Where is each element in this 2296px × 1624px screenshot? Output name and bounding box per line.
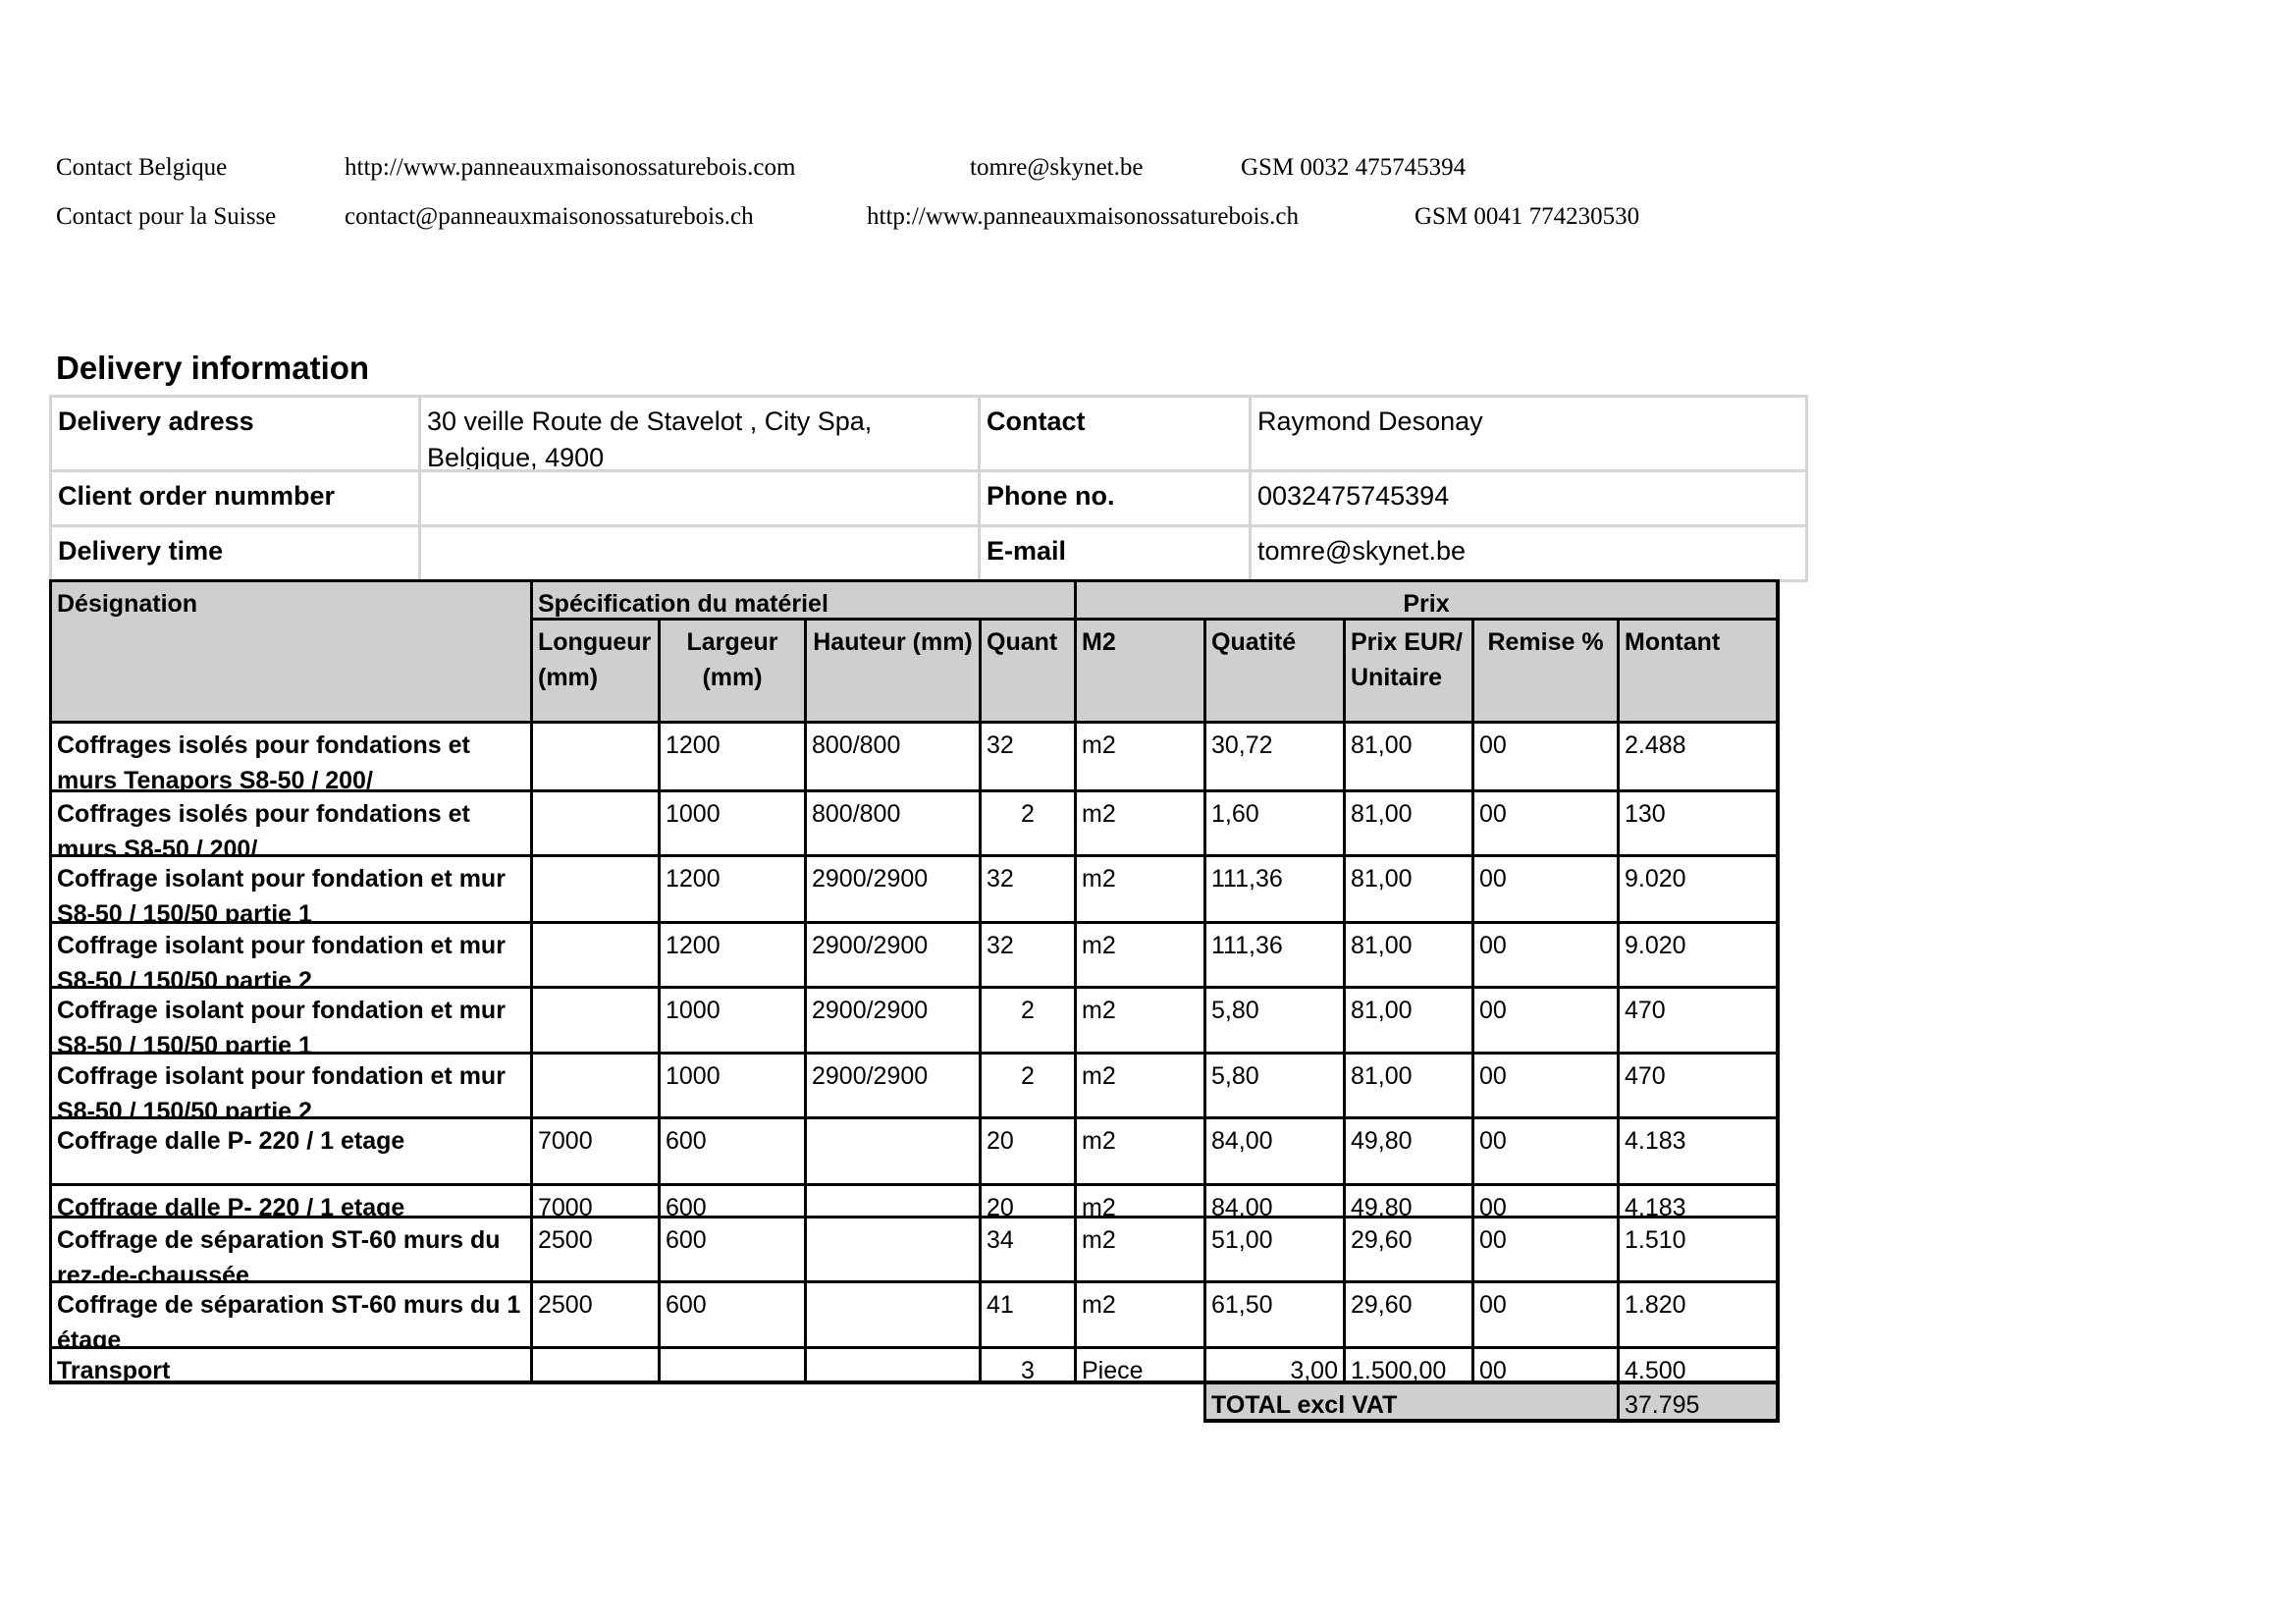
table-cell-montant: 9.020 (1617, 854, 1776, 921)
table-cell-largeur (658, 1346, 804, 1380)
delivery-value-2: Raymond Desonay (1249, 395, 1808, 472)
table-cell-longueur (530, 921, 658, 986)
header-m2: M2 (1074, 618, 1203, 721)
table-cell-hauteur (804, 1280, 979, 1346)
contact-suisse-label: Contact pour la Suisse (56, 203, 276, 231)
table-cell-quant: 3 (979, 1346, 1074, 1380)
table-cell-quantite: 111,36 (1203, 854, 1343, 921)
table-cell-prix: 81,00 (1343, 921, 1471, 986)
header-montant: Montant (1617, 618, 1776, 721)
delivery-value: 30 veille Route de Stavelot , City Spa, … (418, 395, 981, 472)
table-cell-montant: 9.020 (1617, 921, 1776, 986)
delivery-value (418, 469, 981, 527)
table-cell-montant: 4.183 (1617, 1116, 1776, 1183)
total-value: 37.795 (1617, 1380, 1776, 1419)
header-prix: Prix (1074, 579, 1776, 618)
table-cell-hauteur: 2900/2900 (804, 986, 979, 1052)
table-cell-quant: 34 (979, 1216, 1074, 1280)
table-cell-montant: 470 (1617, 986, 1776, 1052)
table-cell-remise: 00 (1471, 789, 1617, 854)
contact-suisse-website-link[interactable]: http://www.panneauxmaisonossaturebois.ch (867, 203, 1299, 231)
delivery-information-title: Delivery information (56, 350, 369, 387)
table-cell-largeur: 1000 (658, 986, 804, 1052)
table-bottom-border (49, 1380, 1776, 1384)
contact-belgique-email-link[interactable]: tomre@skynet.be (970, 154, 1143, 182)
delivery-label-2: Phone no. (978, 469, 1252, 527)
table-cell-largeur: 1000 (658, 1052, 804, 1116)
table-cell-remise: 00 (1471, 1116, 1617, 1183)
table-cell-prix: 1.500,00 (1343, 1346, 1471, 1380)
table-cell-largeur: 600 (658, 1116, 804, 1183)
header-quant: Quant (979, 618, 1074, 721)
table-cell-longueur: 7000 (530, 1116, 658, 1183)
table-cell-quantite: 3,00 (1203, 1346, 1343, 1380)
total-label: TOTAL excl VAT (1203, 1380, 1617, 1419)
table-cell-largeur: 1000 (658, 789, 804, 854)
header-hauteur: Hauteur (mm) (804, 618, 979, 721)
table-cell-unit: m2 (1074, 854, 1203, 921)
table-cell-largeur: 600 (658, 1216, 804, 1280)
table-cell-quantite: 84,00 (1203, 1116, 1343, 1183)
table-cell-prix: 81,00 (1343, 721, 1471, 789)
table-cell-hauteur: 800/800 (804, 789, 979, 854)
table-cell-quantite: 30,72 (1203, 721, 1343, 789)
table-cell-hauteur (804, 1216, 979, 1280)
table-cell-quantite: 51,00 (1203, 1216, 1343, 1280)
header-designation: Désignation (49, 579, 530, 721)
table-cell-largeur: 600 (658, 1280, 804, 1346)
table-right-border (1776, 579, 1780, 1422)
total-bottom-border (1203, 1419, 1780, 1423)
table-cell-quant: 32 (979, 854, 1074, 921)
table-cell-prix: 81,00 (1343, 986, 1471, 1052)
table-cell-prix: 81,00 (1343, 1052, 1471, 1116)
table-cell-quantite: 5,80 (1203, 986, 1343, 1052)
contact-belgique-phone: GSM 0032 475745394 (1241, 154, 1466, 182)
header-remise: Remise % (1471, 618, 1617, 721)
contact-suisse-email-link[interactable]: contact@panneauxmaisonossaturebois.ch (345, 203, 754, 231)
table-cell-unit: m2 (1074, 1183, 1203, 1216)
table-cell-prix: 81,00 (1343, 854, 1471, 921)
table-cell-prix: 81,00 (1343, 789, 1471, 854)
table-cell-remise: 00 (1471, 1183, 1617, 1216)
table-cell-remise: 00 (1471, 1052, 1617, 1116)
table-cell-remise: 00 (1471, 1280, 1617, 1346)
table-cell-remise: 00 (1471, 1346, 1617, 1380)
delivery-label: Delivery adress (49, 395, 421, 472)
table-row-designation: Coffrage isolant pour fondation et mur S… (49, 1052, 530, 1116)
table-cell-unit: m2 (1074, 921, 1203, 986)
table-cell-unit: m2 (1074, 721, 1203, 789)
table-cell-quant: 32 (979, 721, 1074, 789)
table-cell-unit: m2 (1074, 789, 1203, 854)
table-cell-montant: 1.820 (1617, 1280, 1776, 1346)
contact-belgique-website-link[interactable]: http://www.panneauxmaisonossaturebois.co… (345, 154, 795, 182)
contact-belgique-label: Contact Belgique (56, 154, 227, 182)
table-cell-largeur: 600 (658, 1183, 804, 1216)
header-specification: Spécification du matériel (530, 579, 1074, 618)
table-cell-unit: m2 (1074, 986, 1203, 1052)
delivery-info-table: Delivery adress30 veille Route de Stavel… (49, 395, 1805, 579)
table-cell-hauteur (804, 1183, 979, 1216)
table-row-designation: Coffrages isolés pour fondations et murs… (49, 789, 530, 854)
header-prix-unitaire: Prix EUR/ Unitaire (1343, 618, 1471, 721)
table-row-designation: Coffrage dalle P- 220 / 1 etage (49, 1116, 530, 1183)
table-cell-montant: 470 (1617, 1052, 1776, 1116)
table-cell-montant: 2.488 (1617, 721, 1776, 789)
header-quantite: Quatité (1203, 618, 1343, 721)
delivery-value-2: tomre@skynet.be (1249, 524, 1808, 582)
table-cell-quant: 20 (979, 1183, 1074, 1216)
table-cell-prix: 29,60 (1343, 1280, 1471, 1346)
header-largeur: Largeur (mm) (658, 618, 804, 721)
delivery-label-2: Contact (978, 395, 1252, 472)
table-row-designation: Coffrage de séparation ST-60 murs du 1 é… (49, 1280, 530, 1346)
table-cell-quant: 41 (979, 1280, 1074, 1346)
delivery-label-2: E-mail (978, 524, 1252, 582)
table-cell-hauteur: 2900/2900 (804, 1052, 979, 1116)
table-cell-unit: m2 (1074, 1052, 1203, 1116)
table-cell-montant: 130 (1617, 789, 1776, 854)
table-cell-hauteur: 800/800 (804, 721, 979, 789)
table-cell-quant: 32 (979, 921, 1074, 986)
table-cell-prix: 49,80 (1343, 1116, 1471, 1183)
table-cell-longueur (530, 986, 658, 1052)
table-cell-largeur: 1200 (658, 921, 804, 986)
table-row-designation: Coffrage isolant pour fondation et mur S… (49, 921, 530, 986)
table-row-designation: Coffrages isolés pour fondations et murs… (49, 721, 530, 789)
table-cell-montant: 4.500 (1617, 1346, 1776, 1380)
table-cell-hauteur (804, 1116, 979, 1183)
table-cell-longueur: 2500 (530, 1280, 658, 1346)
table-cell-unit: m2 (1074, 1116, 1203, 1183)
table-cell-longueur (530, 721, 658, 789)
table-cell-longueur (530, 789, 658, 854)
table-cell-quantite: 1,60 (1203, 789, 1343, 854)
table-cell-longueur: 7000 (530, 1183, 658, 1216)
table-cell-unit: Piece (1074, 1346, 1203, 1380)
table-cell-quant: 2 (979, 1052, 1074, 1116)
table-cell-remise: 00 (1471, 921, 1617, 986)
delivery-value (418, 524, 981, 582)
contact-suisse-phone: GSM 0041 774230530 (1415, 203, 1639, 231)
table-cell-quantite: 5,80 (1203, 1052, 1343, 1116)
delivery-label: Delivery time (49, 524, 421, 582)
table-row-designation: Coffrage isolant pour fondation et mur S… (49, 986, 530, 1052)
table-row-designation: Coffrage dalle P- 220 / 1 etage (49, 1183, 530, 1216)
table-cell-quantite: 84,00 (1203, 1183, 1343, 1216)
table-cell-montant: 4.183 (1617, 1183, 1776, 1216)
table-cell-prix: 49,80 (1343, 1183, 1471, 1216)
table-cell-quant: 20 (979, 1116, 1074, 1183)
delivery-value-2: 0032475745394 (1249, 469, 1808, 527)
table-cell-unit: m2 (1074, 1280, 1203, 1346)
table-cell-remise: 00 (1471, 854, 1617, 921)
table-cell-longueur: 2500 (530, 1216, 658, 1280)
table-row-designation: Transport (49, 1346, 530, 1380)
table-cell-quant: 2 (979, 986, 1074, 1052)
table-cell-remise: 00 (1471, 1216, 1617, 1280)
table-cell-remise: 00 (1471, 721, 1617, 789)
table-cell-montant: 1.510 (1617, 1216, 1776, 1280)
table-cell-quantite: 111,36 (1203, 921, 1343, 986)
delivery-label: Client order nummber (49, 469, 421, 527)
table-row-designation: Coffrage isolant pour fondation et mur S… (49, 854, 530, 921)
table-cell-longueur (530, 1346, 658, 1380)
table-cell-quantite: 61,50 (1203, 1280, 1343, 1346)
table-cell-prix: 29,60 (1343, 1216, 1471, 1280)
table-cell-largeur: 1200 (658, 721, 804, 789)
table-cell-longueur (530, 854, 658, 921)
table-cell-hauteur: 2900/2900 (804, 854, 979, 921)
table-cell-longueur (530, 1052, 658, 1116)
table-cell-quant: 2 (979, 789, 1074, 854)
table-cell-unit: m2 (1074, 1216, 1203, 1280)
table-cell-hauteur: 2900/2900 (804, 921, 979, 986)
table-cell-hauteur (804, 1346, 979, 1380)
table-cell-largeur: 1200 (658, 854, 804, 921)
table-row-designation: Coffrage de séparation ST-60 murs du rez… (49, 1216, 530, 1280)
table-cell-remise: 00 (1471, 986, 1617, 1052)
header-longueur: Longueur (mm) (530, 618, 658, 721)
